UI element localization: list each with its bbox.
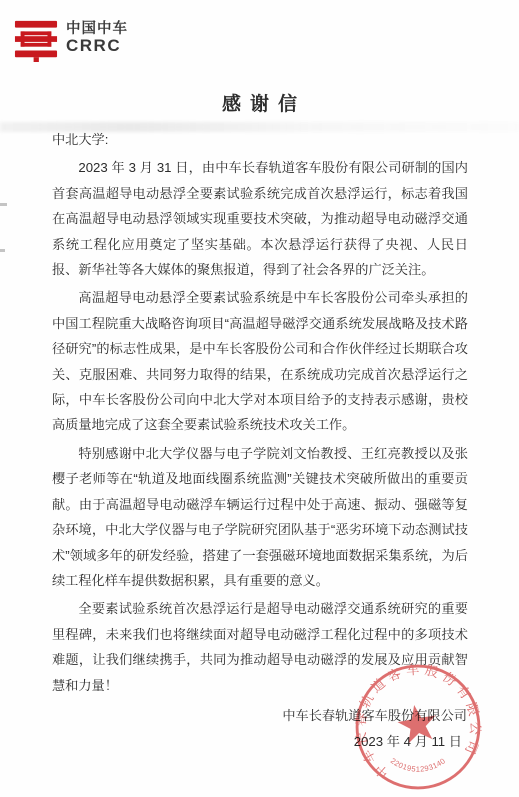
paragraph-2: 高温超导电动悬浮全要素试验系统是中车长客股份公司牵头承担的中国工程院重大战略咨询… [52,285,468,437]
scan-artifact [0,249,5,252]
signature-date: 2023 年 4 月 11 日 [354,731,462,750]
scan-artifact [0,203,7,206]
svg-text:2201951293140: 2201951293140 [388,747,449,779]
brand-name-cn: 中国中车 [66,21,128,37]
logo-text: 中国中车 CRRC [66,18,128,55]
signature-company: 中车长春轨道客车股份有限公司 [282,705,467,724]
letter-title: 感谢信 [0,89,519,116]
paragraph-4: 全要素试验系统首次悬浮运行是超导电动磁浮交通系统研究的重要里程碑，未来我们也将继… [52,596,468,698]
crrc-emblem-icon [13,18,59,62]
letter-body: 中北大学: 2023 年 3 月 31 日，由中车长春轨道客车股份有限公司研制的… [52,127,468,701]
paragraph-1: 2023 年 3 月 31 日，由中车长春轨道客车股份有限公司研制的国内首套高温… [52,155,468,282]
brand-name-en: CRRC [66,37,128,55]
seal-serial-number: 2201951293140 [388,747,449,779]
paragraph-3: 特别感谢中北大学仪器与电子学院刘文怡教授、王红亮教授以及张樱子老师等在“轨道及地… [52,441,468,593]
crrc-logo: 中国中车 CRRC [13,18,128,62]
letter-page: 中国中车 CRRC 感谢信 中北大学: 2023 年 3 月 31 日，由中车长… [0,0,519,797]
salutation: 中北大学: [52,127,468,152]
